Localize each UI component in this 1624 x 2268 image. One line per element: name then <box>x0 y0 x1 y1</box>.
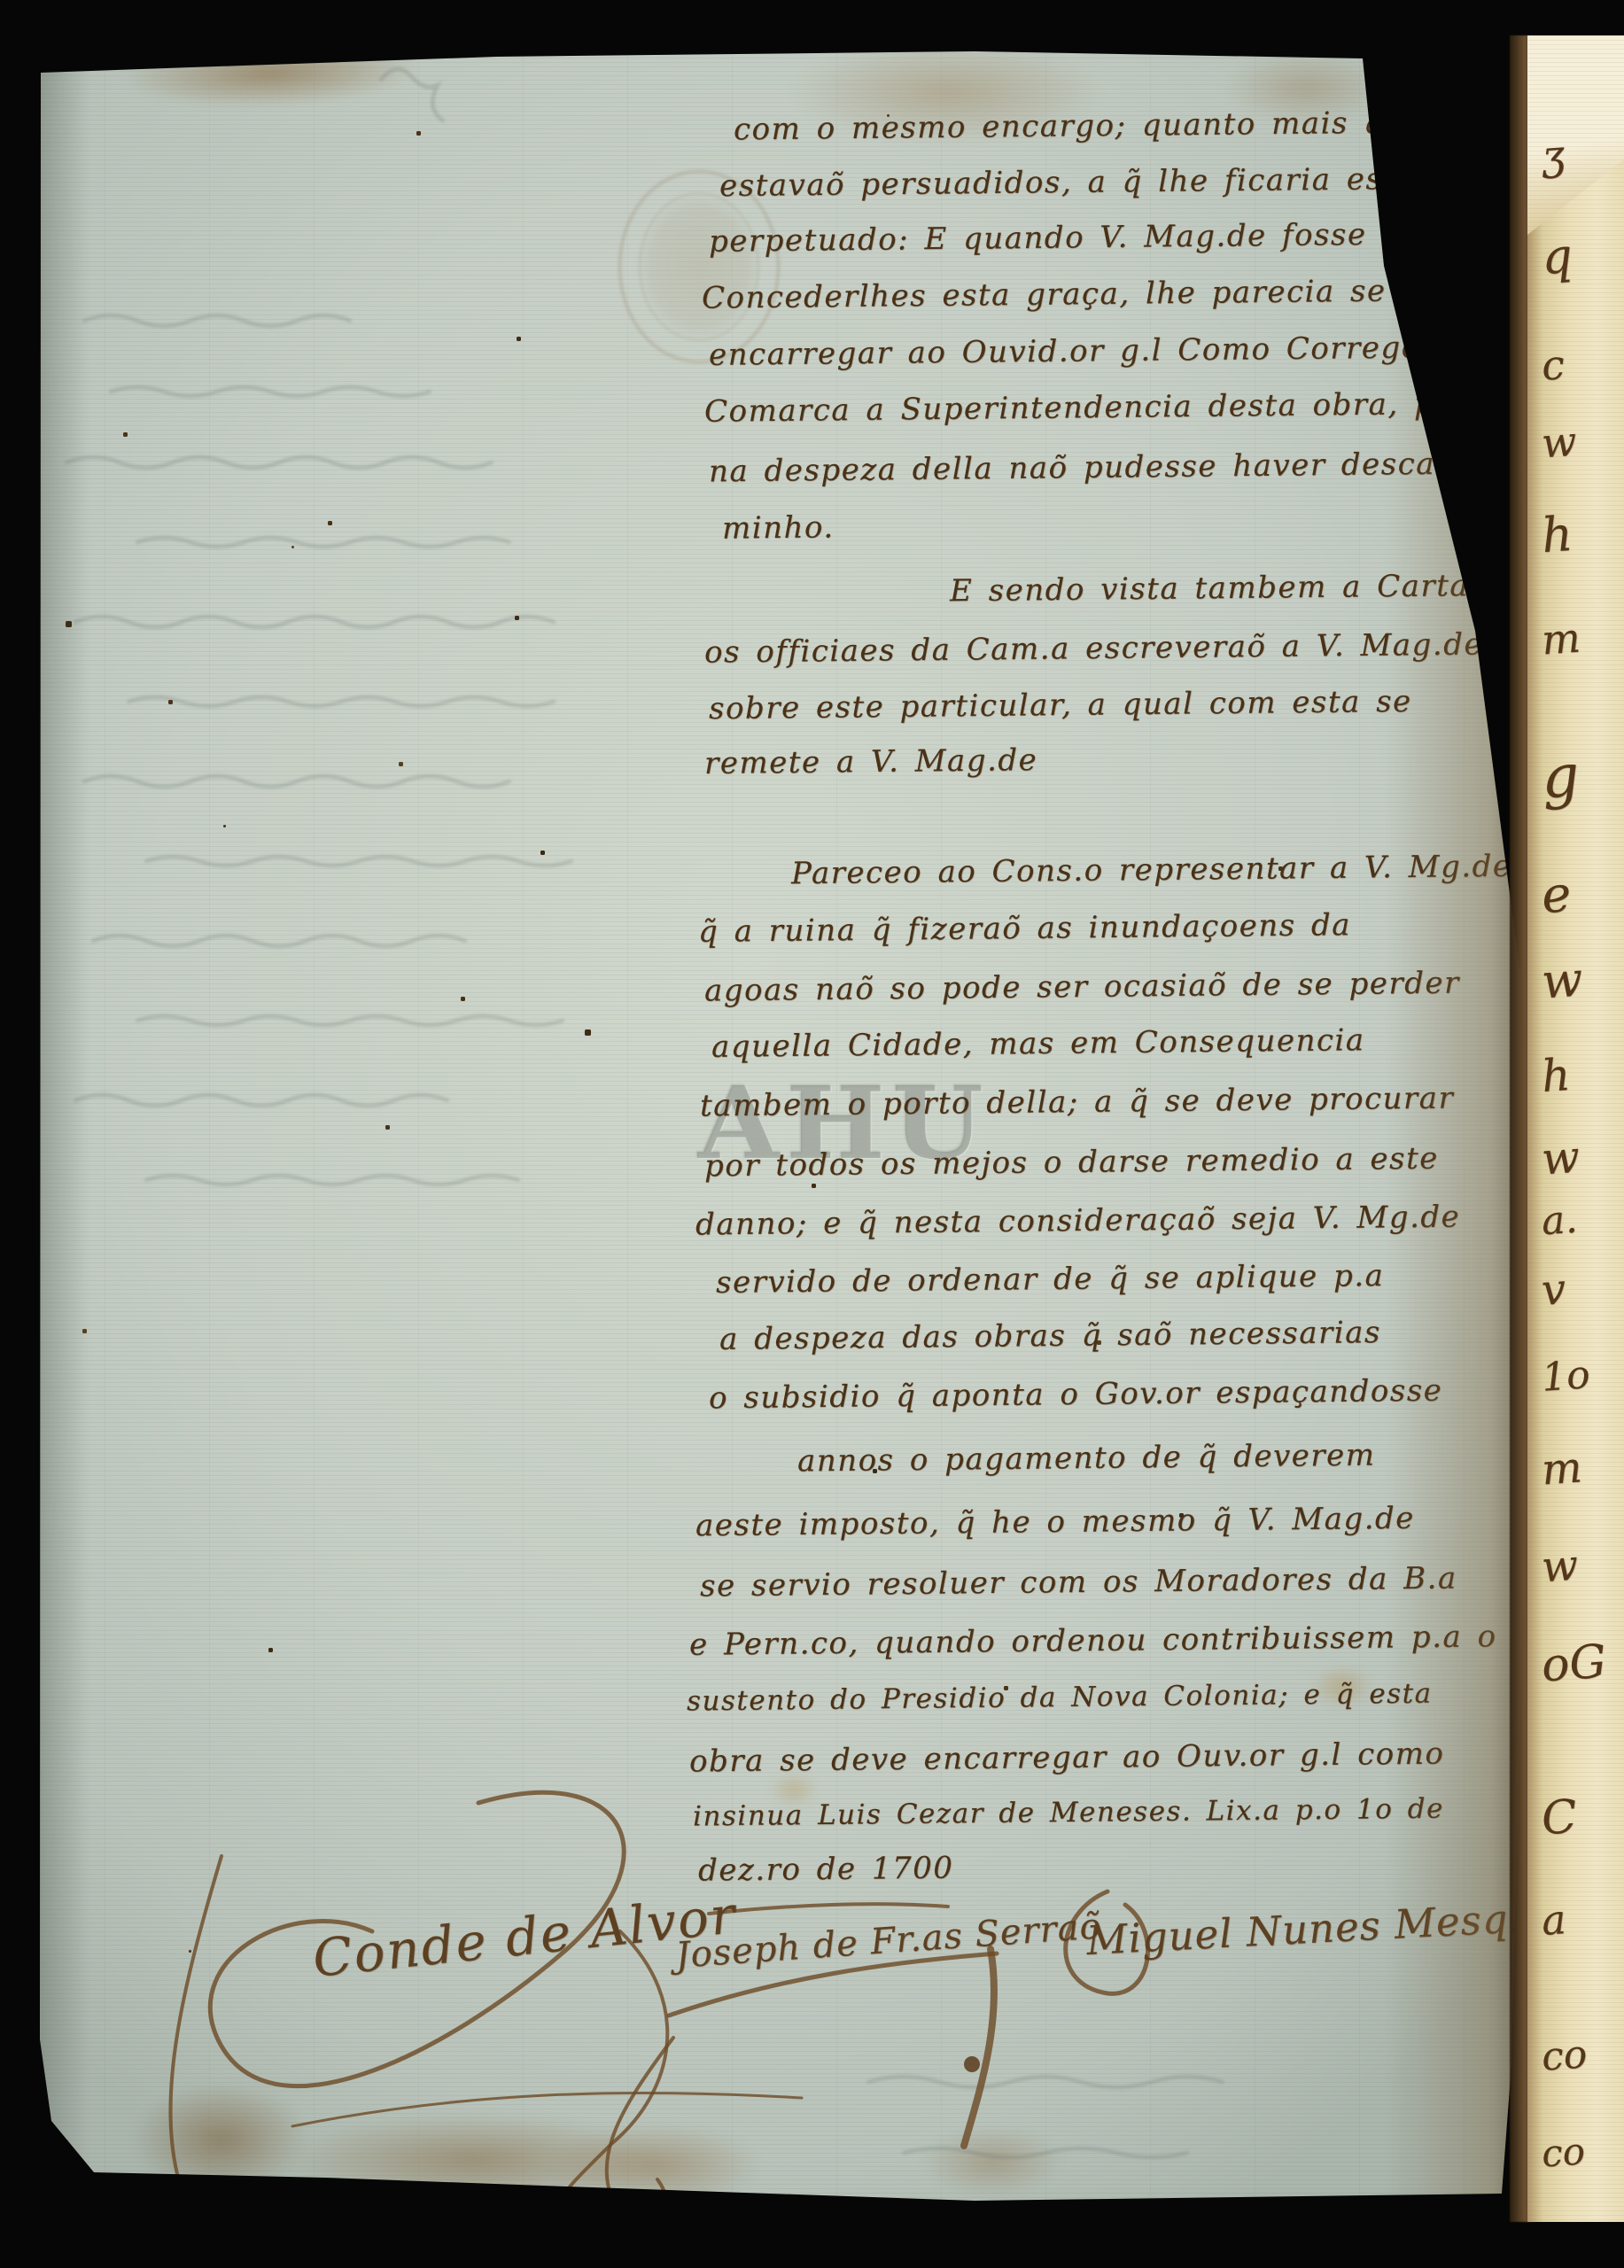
manuscript-line: a despeza das obras q̃ saõ necessarias <box>719 1315 1381 1357</box>
manuscript-line: annos o pagamento de q̃ deverem <box>797 1438 1376 1480</box>
page-edge-shadow <box>35 0 89 2268</box>
page-edge-text-fragment: 1o <box>1540 1352 1591 1401</box>
page-edge-text-fragment: co <box>1540 2129 1586 2175</box>
page-edge-text-fragment: a. <box>1540 1197 1579 1245</box>
archival-manuscript-scan: AHU com o mesmo encargo; quanto mais q̃ … <box>0 0 1624 2268</box>
page-edge-text-fragment: c <box>1540 340 1566 390</box>
manuscript-line: estavaõ persuadidos, a q̃ lhe ficaria es… <box>719 161 1416 204</box>
manuscript-line: remete a V. Mag.de <box>704 742 1038 781</box>
manuscript-line: dez.ro de 1700 <box>698 1850 954 1888</box>
page-edge-text-fragment: oG <box>1540 1635 1608 1693</box>
manuscript-line: aeste imposto, q̃ he o mesmo q̃ V. Mag.d… <box>695 1501 1415 1543</box>
page-edge-text-fragment: e <box>1540 866 1573 925</box>
page-edge-text-fragment: g <box>1539 742 1581 812</box>
ink-specks <box>0 0 1 1</box>
page-edge-text-fragment: v <box>1540 1264 1567 1316</box>
page-edge-text-fragment: a <box>1540 1895 1567 1945</box>
manuscript-line: sobre este particular, a qual com esta s… <box>709 684 1412 726</box>
manuscript-line: minho. <box>722 509 835 546</box>
page-fold-shadow <box>1387 0 1519 2268</box>
page-edge-text-fragment: w <box>1540 417 1578 468</box>
page-edge-text-fragment: w <box>1540 951 1585 1009</box>
page-edge-text-fragment: co <box>1540 2031 1589 2079</box>
page-edge-text-fragment: w <box>1540 1131 1581 1185</box>
manuscript-line: q̃ a ruina q̃ fizeraõ as inundaçoens da <box>698 907 1351 950</box>
manuscript-line: perpetuado: E quando V. Mag.de fosse ser… <box>709 215 1504 259</box>
manuscript-line: aquella Cidade, mas em Consequencia <box>711 1022 1365 1065</box>
manuscript-page: AHU com o mesmo encargo; quanto mais q̃ … <box>0 0 1624 2268</box>
page-edge-text-fragment: C <box>1540 1790 1579 1846</box>
page-edge-text-fragment: w <box>1540 1541 1580 1593</box>
page-edge-text-fragment: ʒ <box>1540 130 1566 180</box>
page-edge-text-fragment: h <box>1540 506 1574 563</box>
page-edge-text-fragment: q <box>1540 228 1574 285</box>
page-edge-text-fragment: m <box>1540 614 1581 664</box>
page-edge-text-fragment: h <box>1540 1049 1572 1102</box>
manuscript-line: servido de ordenar de q̃ se aplique p.a <box>716 1258 1385 1301</box>
page-edge-text-fragment: m <box>1540 1442 1583 1495</box>
